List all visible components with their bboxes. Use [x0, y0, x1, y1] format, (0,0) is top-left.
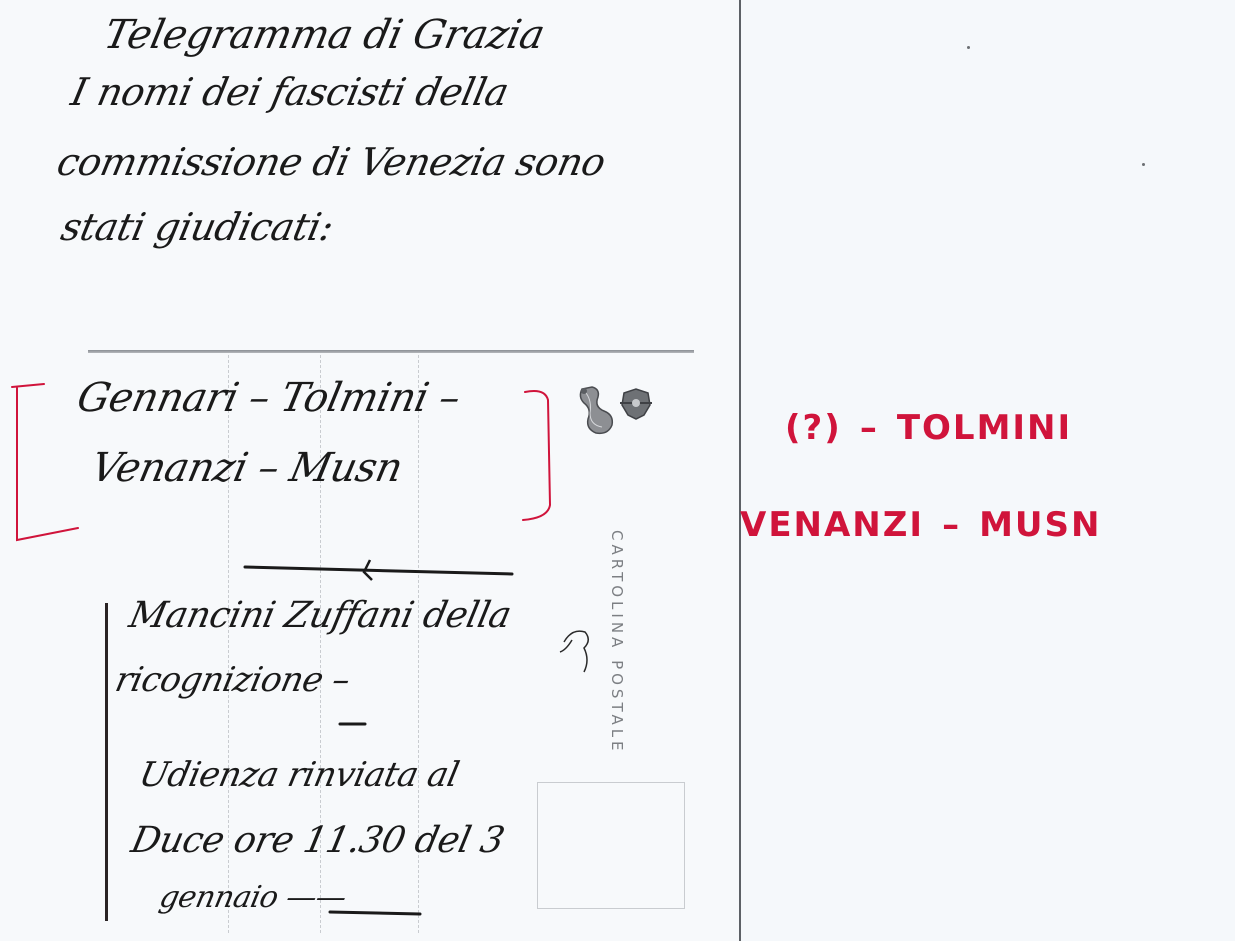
scan-speck	[967, 46, 970, 49]
stamp-area	[537, 782, 685, 909]
handwritten-line-9: Udienza rinviata al	[136, 755, 463, 795]
margin-bar	[105, 603, 108, 921]
cartolina-postale-label: CARTOLINA POSTALE	[608, 530, 626, 755]
postcard: Telegramma di Grazia I nomi dei fascisti…	[0, 0, 741, 941]
annotation-area	[741, 0, 1235, 941]
handwritten-line-11: gennaio ——	[156, 880, 349, 915]
annotation-dash: –	[942, 505, 961, 545]
annotation-name-venanzi: VENANZI	[740, 505, 924, 545]
annotation-name-tolmini: TOLMINI	[897, 408, 1072, 448]
annotation-unknown-mark: (?)	[785, 408, 842, 448]
scanned-page: Telegramma di Grazia I nomi dei fascisti…	[0, 0, 1235, 941]
annotation-line-2: VENANZI–MUSN	[740, 505, 1101, 545]
annotation-dash: –	[860, 408, 879, 448]
royal-emblem-icon	[574, 383, 654, 439]
scan-speck	[1142, 163, 1145, 166]
handwritten-line-8: ricognizione –	[112, 660, 354, 700]
annotation-line-1: (?)–TOLMINI	[785, 408, 1072, 448]
handwritten-line-7: Mancini Zuffani della	[126, 595, 515, 636]
handwritten-line-10: Duce ore 11.30 del 3	[128, 820, 508, 861]
annotation-name-musn: MUSN	[979, 505, 1101, 545]
